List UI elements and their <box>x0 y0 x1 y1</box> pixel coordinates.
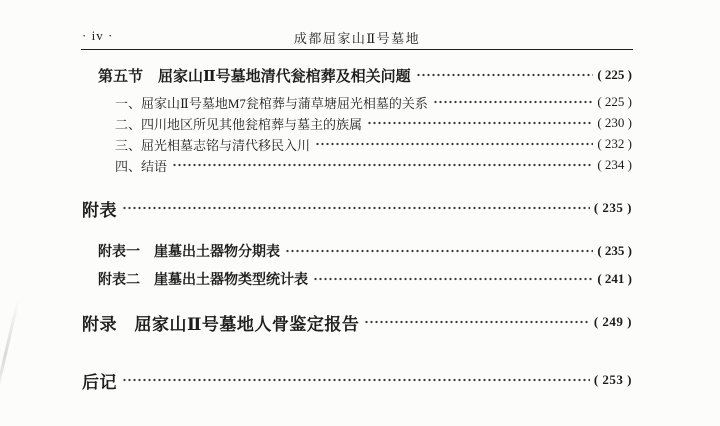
toc-entry-label: 附录 屈家山Ⅱ号墓地人骨鉴定报告 <box>82 310 359 335</box>
dot-leader <box>416 63 594 87</box>
page-number: ( 225 ) <box>597 67 632 83</box>
dot-leader <box>122 368 590 392</box>
dot-leader <box>315 134 593 154</box>
page-number: ( 235 ) <box>594 200 632 216</box>
page-number: ( 241 ) <box>597 271 632 287</box>
page-number: ( 232 ) <box>597 136 632 152</box>
toc-entry-postscript: 后记 ( 253 ) <box>82 368 632 392</box>
page-number: ( 253 ) <box>594 372 632 388</box>
toc-entry-label: 三、屈光相墓志铭与清代移民入川 <box>82 135 310 154</box>
toc-entry-label: 附表一 崖墓出土器物分期表 <box>82 241 280 261</box>
toc-entry-table-2: 附表二 崖墓出土器物类型统计表 ( 241 ) <box>82 269 632 289</box>
toc-entry-sub-2: 二、四川地区所见其他瓮棺葬与墓主的族属 ( 230 ) <box>82 113 632 133</box>
dot-leader <box>172 155 593 175</box>
toc-page: · iv · 成都屈家山Ⅱ号墓地 第五节 屈家山Ⅱ号墓地清代瓮棺葬及相关问题 (… <box>0 0 720 426</box>
scan-smudge <box>0 299 20 409</box>
toc-entry-label: 附表 <box>82 196 117 221</box>
toc-entry-table-1: 附表一 崖墓出土器物分期表 ( 235 ) <box>82 241 632 261</box>
header-rule <box>81 49 633 50</box>
page-number: ( 235 ) <box>597 243 632 259</box>
toc-entry-label: 一、屈家山Ⅱ号墓地M7瓮棺葬与蒲草塘屈光相墓的关系 <box>82 93 428 112</box>
toc-entry-label: 二、四川地区所见其他瓮棺葬与墓主的族属 <box>82 114 362 133</box>
toc-entry-label: 附表二 崖墓出土器物类型统计表 <box>82 269 308 289</box>
toc-entry-label: 第五节 屈家山Ⅱ号墓地清代瓮棺葬及相关问题 <box>82 65 411 86</box>
toc-entry-sub-4: 四、结语 ( 234 ) <box>82 155 632 175</box>
dot-leader <box>433 92 593 112</box>
page-number: ( 234 ) <box>597 157 632 173</box>
running-title: 成都屈家山Ⅱ号墓地 <box>82 28 632 47</box>
toc-entry-label: 四、结语 <box>82 156 167 175</box>
dot-leader <box>367 113 593 133</box>
dot-leader <box>285 241 593 261</box>
dot-leader <box>313 269 593 289</box>
dot-leader <box>122 196 590 220</box>
page-number: ( 249 ) <box>594 314 632 330</box>
page-number: ( 230 ) <box>597 115 632 131</box>
toc-entry-sub-1: 一、屈家山Ⅱ号墓地M7瓮棺葬与蒲草塘屈光相墓的关系 ( 225 ) <box>82 92 632 112</box>
page-header: · iv · 成都屈家山Ⅱ号墓地 <box>82 26 632 46</box>
toc-entry-appendix-report: 附录 屈家山Ⅱ号墓地人骨鉴定报告 ( 249 ) <box>82 310 632 334</box>
dot-leader <box>364 310 590 334</box>
page-number: ( 225 ) <box>597 94 632 110</box>
toc-entry-label: 后记 <box>82 368 117 393</box>
toc-entry-appendix-tables: 附表 ( 235 ) <box>82 196 632 220</box>
toc-entry-section-5: 第五节 屈家山Ⅱ号墓地清代瓮棺葬及相关问题 ( 225 ) <box>82 63 632 87</box>
toc-entry-sub-3: 三、屈光相墓志铭与清代移民入川 ( 232 ) <box>82 134 632 154</box>
